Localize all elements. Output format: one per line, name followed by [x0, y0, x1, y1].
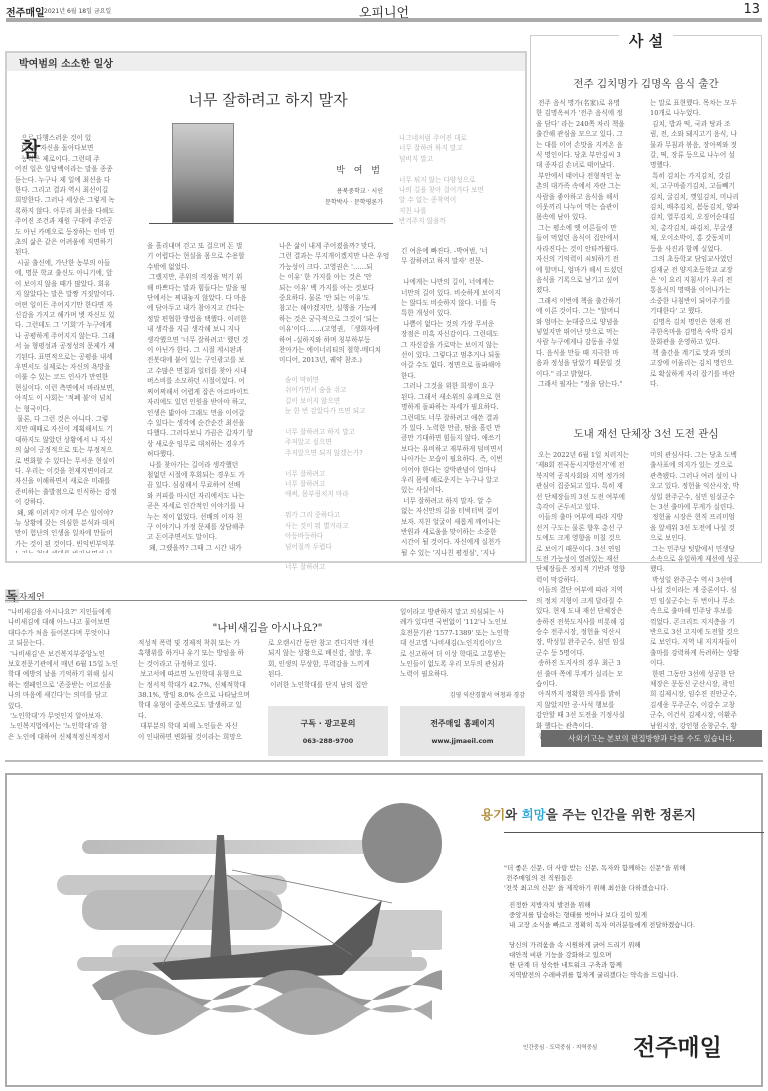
editorial-2-col-2: 미의 관심사다. 그는 당초 도백 출사표에 의지가 있는 것으로 관측됐다. …: [650, 450, 756, 762]
column-poem: 숨이 막히면 쉬어가면서 숨을 쉬고 길이 보이지 않으면 눈 한 번 감았다가…: [285, 375, 405, 565]
slogan-courage: 용기: [481, 807, 505, 822]
column-text-3: 나은 삶이 내게 주어졌을까? 맞다, 그런 결과는 무지개이겠지만 나은 우엉…: [279, 241, 399, 371]
editorial-1-col-2: 는 말로 표현했다. 목차는 모두 10개로 나누었다. 김치, 밥과 떡, 국…: [650, 98, 756, 428]
header-divider: [6, 18, 762, 22]
photo-rule: [149, 223, 393, 224]
house-ad-box: 용기와 희망을 주는 인간을 위한 정론지 "더 좋은 신문, 더 사랑 받는 …: [5, 773, 763, 1087]
readers-rule: [5, 600, 527, 601]
ad-paragraph-2: 진정한 지방자치 발전을 위해 중앙지를 답습하는 형태를 벗어나 보다 깊이 …: [509, 900, 768, 930]
page-number: 13: [743, 2, 760, 17]
readers-label: 자제언: [19, 593, 45, 603]
disclaimer-banner: 사외기고는 본보의 편집방향과 다를 수도 있습니다.: [541, 730, 762, 747]
editorial-1-col-1: 전주 음식 명가(名家)로 유명 한 김명옥씨가 '전주 음식에 정 을 담다'…: [536, 98, 642, 428]
author-photo: [172, 123, 234, 223]
column-text-1: 으로 다행스러운 것이 있 다. 나 자신을 돌아다보면 능력은 제로이다. 그…: [15, 133, 135, 553]
homepage-box: 전주매일 홈페이지 www.jjmaeil.com: [400, 706, 525, 756]
readers-col-1: "나비새김을 아시나요?" 지인들에게 나비새김에 대해 아느냐고 물어보면 대…: [8, 607, 128, 757]
homepage-label: 전주매일 홈페이지: [400, 718, 525, 729]
slogan-rest: 을 주는 인간을 위한 정론지: [546, 807, 696, 822]
author-affiliation: 용북중학교 · 시인 문학박사 · 문학평론가: [277, 186, 383, 208]
readers-section-header: 독자제언: [5, 585, 527, 604]
ad-paragraph-1: "더 좋은 신문, 더 사랑 받는 신문, 독자와 함께하는 신문"을 위해 전…: [504, 863, 764, 893]
readers-col-2: 적성적 폭력 및 경제적 착취 또는 가 혹행위를 하거나 유기 또는 방임을 …: [138, 638, 258, 753]
column-band: 박여범의 소소한 일상: [7, 53, 525, 71]
ad-paragraph-3: 당신의 가려움을 속 시원하게 긁어 드리기 위해 대안적 비판 기능을 강화하…: [509, 940, 768, 980]
page-divider: [5, 760, 763, 762]
column-text-2: 을 흘리내며 걷고 또 걸으며 돈 벌 기 어렵다는 현실을 몸으로 수용할 수…: [147, 241, 267, 553]
subscribe-box: 구독 · 광고문의 063-288-9700: [268, 706, 388, 756]
editorial-title-1: 전주 김치명가 김명옥 음식 출간: [530, 76, 762, 91]
readers-col-4: 일이라고 방관하지 말고 의심되는 사 례가 있다면 국번없이 '112'나 노…: [400, 607, 525, 687]
homepage-url[interactable]: www.jjmaeil.com: [400, 737, 525, 745]
subscribe-phone: 063-288-9700: [268, 737, 388, 745]
subscribe-label: 구독 · 광고문의: [268, 718, 388, 729]
ad-brand-logo: 전주매일: [633, 1029, 722, 1062]
slogan-hope: 희망: [522, 807, 546, 822]
column-box: 박여범의 소소한 일상 너무 잘하려고 하지 말자 박 여 범 용북중학교 · …: [5, 51, 527, 563]
column-poem-top: 나그네처럼 주어진 대로 너무 잘하려 하지 말고 덤비지 말고 너무 튀지 않…: [399, 133, 525, 243]
ad-slogan: 용기와 희망을 주는 인간을 위한 정론지: [481, 805, 696, 823]
editorial-header: 사 설: [530, 30, 762, 51]
author-name: 박 여 범: [297, 163, 383, 176]
page-header: 전주매일 2021년 6월 18일 금요일 오피니언 13: [6, 2, 762, 18]
readers-title: "나비새김을 아시나요?": [130, 620, 405, 635]
editorial-header-label: 사 설: [619, 32, 673, 50]
slogan-connector: 와: [505, 807, 521, 822]
ship-illustration: [32, 785, 442, 1045]
readers-byline: 김영 익산경찰서 여청과 경감: [400, 690, 525, 699]
editorial-2-col-1: 오는 2022년 6월 1일 치러지는 '제8회 전국동시지방선거'에 전 북지…: [536, 450, 642, 762]
slogan-rule: [504, 832, 764, 833]
readers-col-3: 로 오랜시간 동안 참고 견디지만 개선 되지 않는 상황으로 배신감, 절망,…: [268, 638, 388, 698]
ad-tagline: 인간중심 · 도덕중심 · 지역중심: [523, 1043, 597, 1051]
column-title: 너무 잘하려고 하지 말자: [7, 89, 529, 110]
editorial-title-2: 도내 재선 단체장 3선 도전 관심: [530, 426, 762, 441]
column-text-4: 긴 여운에 빠진다. -박여범, '너 무 잘하려고 하지 말자' 전문- 나에…: [401, 246, 523, 558]
